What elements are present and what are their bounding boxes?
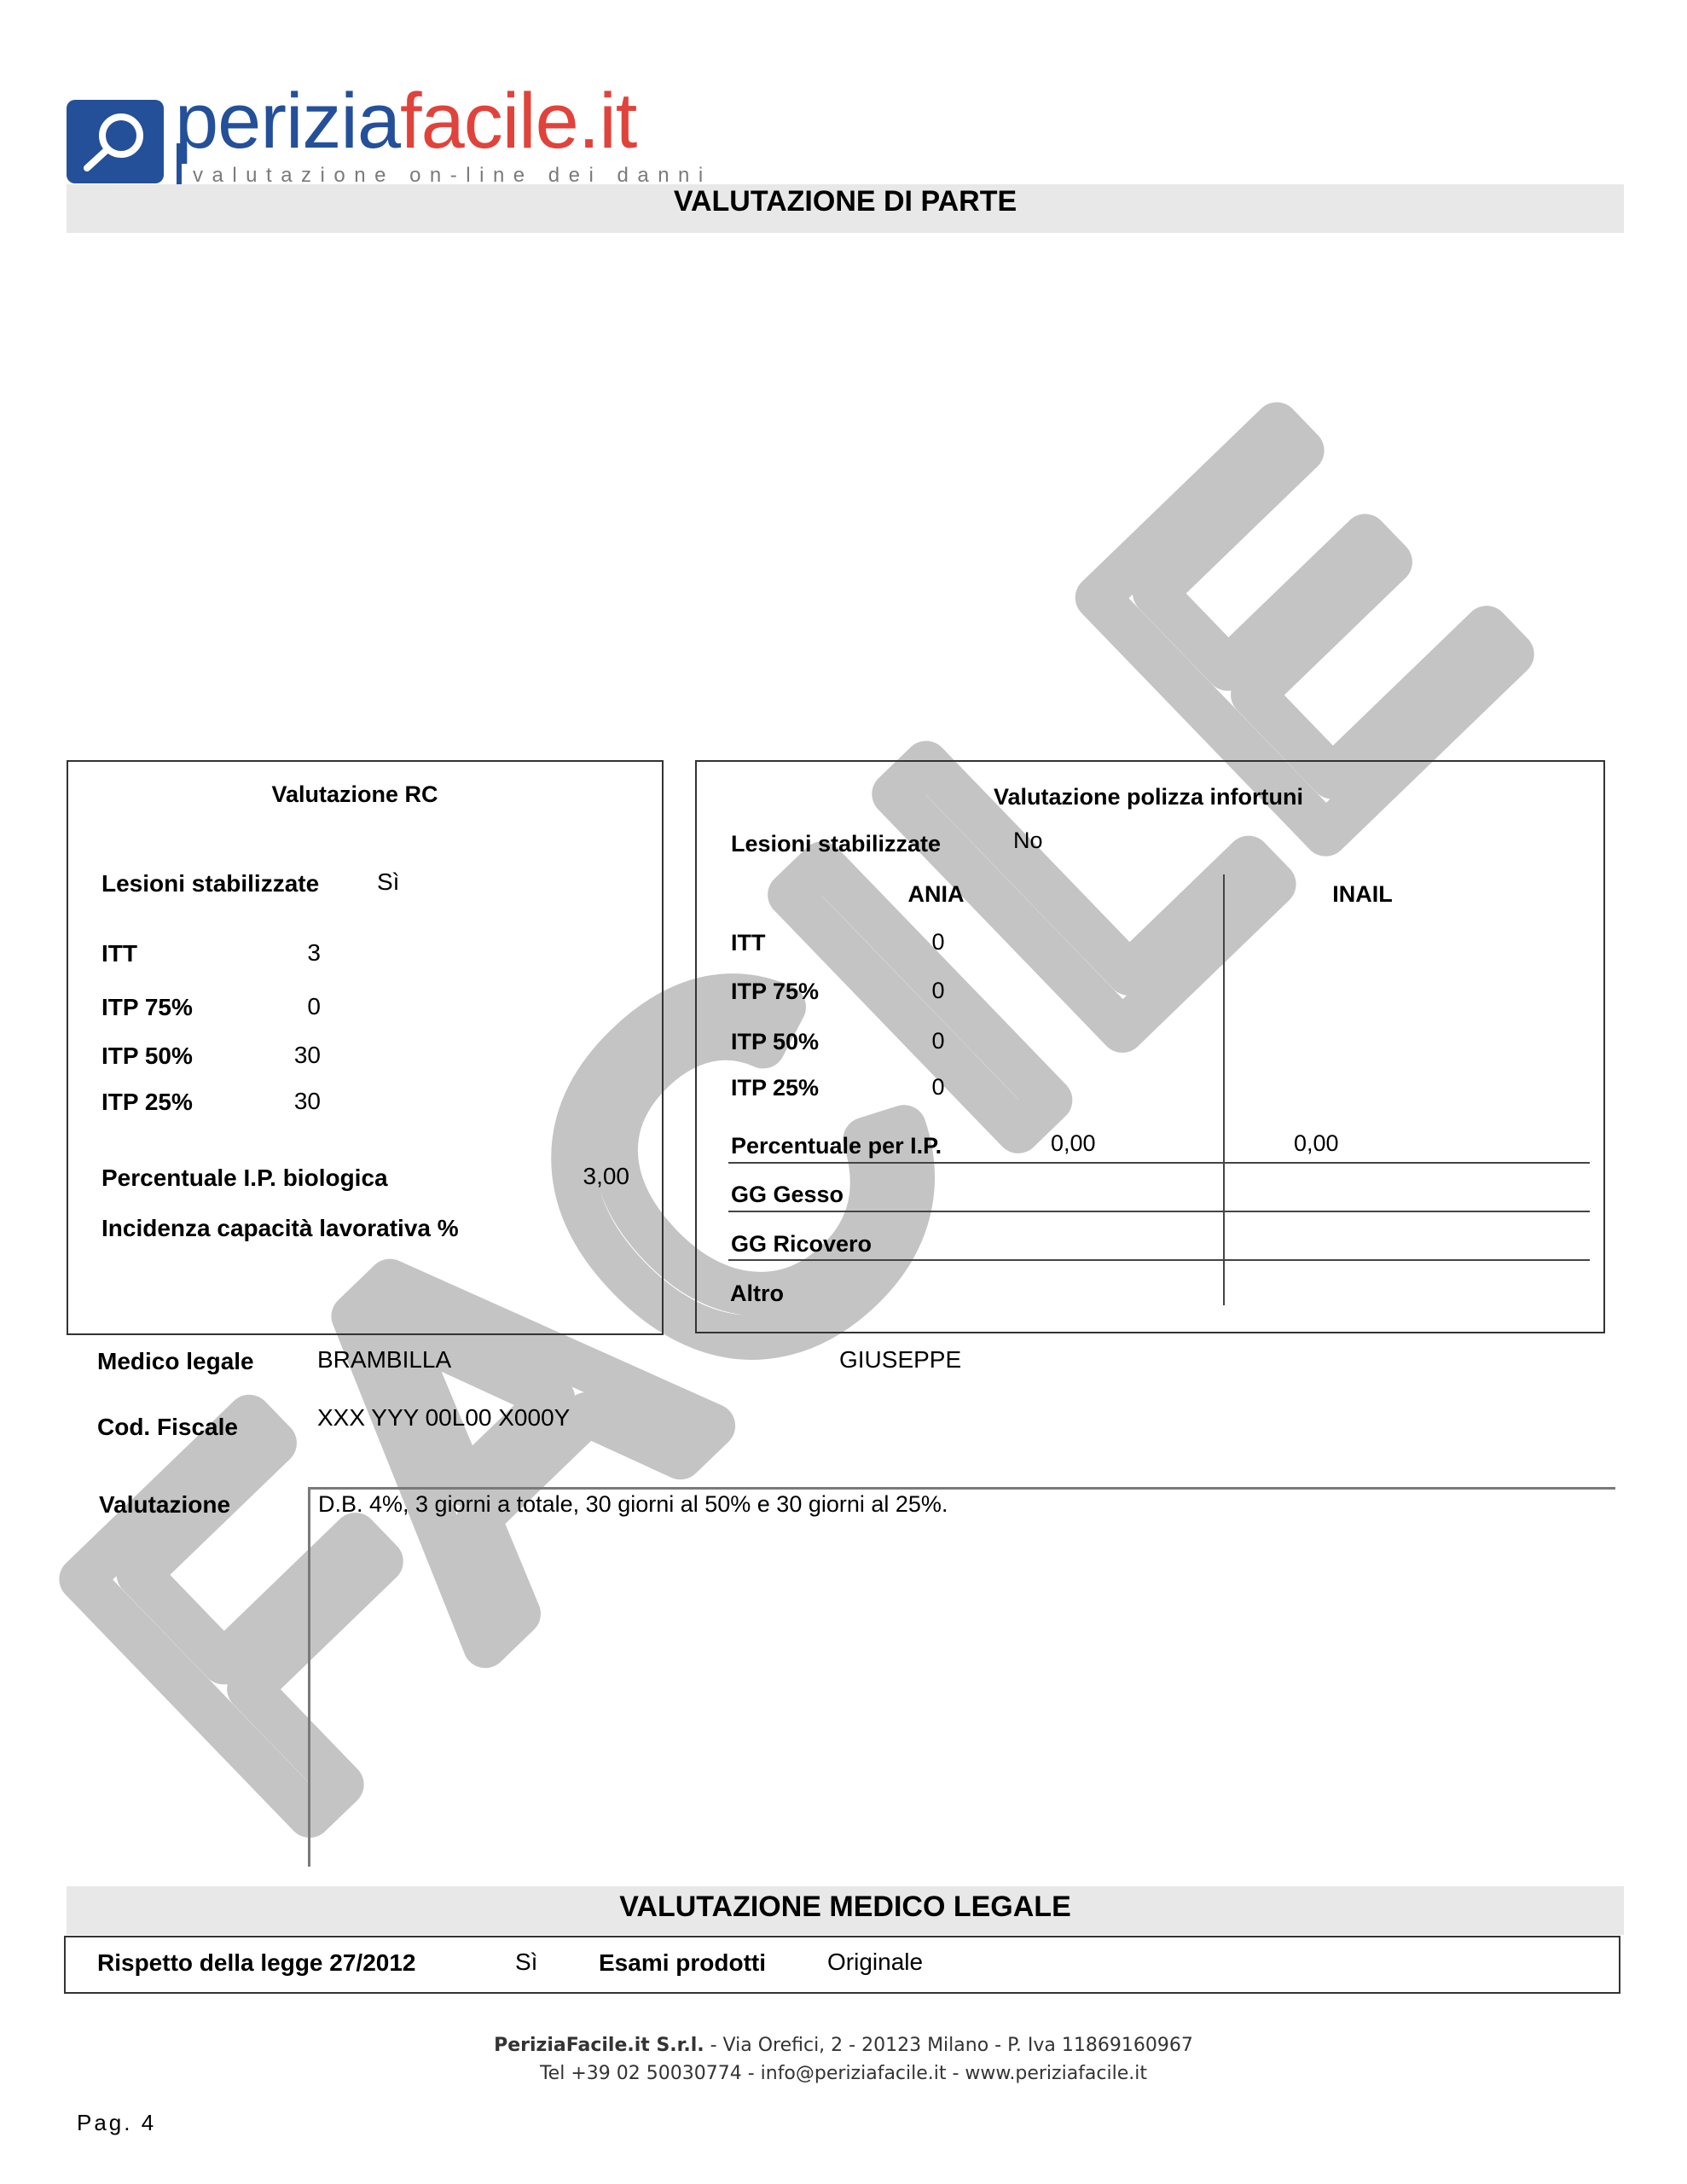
infortuni-row-label: ITT bbox=[731, 930, 766, 956]
row-separator bbox=[728, 1211, 1590, 1212]
rc-row-label: ITP 75% bbox=[101, 994, 193, 1021]
esami-label: Esami prodotti bbox=[599, 1949, 766, 1977]
logo-wordmark: periziafacile.it bbox=[175, 82, 636, 160]
medico-label: Medico legale bbox=[97, 1348, 254, 1375]
column-divider bbox=[1223, 874, 1225, 1305]
altro-label: Altro bbox=[730, 1281, 784, 1307]
rc-row-label: ITP 50% bbox=[101, 1043, 193, 1070]
medico-cognome: BRAMBILLA bbox=[317, 1346, 451, 1374]
rc-lesioni-value: Sì bbox=[377, 868, 399, 896]
gg-ricovero-label: GG Ricovero bbox=[731, 1231, 872, 1258]
rc-ip-value: 3,00 bbox=[529, 1163, 629, 1190]
infortuni-row-label: ITP 75% bbox=[731, 979, 819, 1005]
rc-row-label: ITT bbox=[101, 940, 137, 967]
infortuni-row-label: ITP 50% bbox=[731, 1029, 819, 1055]
esami-value: Originale bbox=[827, 1949, 923, 1976]
logo-word-perizia: perizia bbox=[175, 78, 400, 165]
page-number: Pag. 4 bbox=[77, 2110, 156, 2136]
infortuni-row-value: 0 bbox=[925, 1074, 951, 1101]
row-separator bbox=[728, 1259, 1590, 1261]
footer-contacts: Tel +39 02 50030774 - info@periziafacile… bbox=[0, 2063, 1687, 2084]
legge-label: Rispetto della legge 27/2012 bbox=[97, 1949, 416, 1977]
cf-label: Cod. Fiscale bbox=[97, 1414, 238, 1441]
footer-address: - Via Orefici, 2 - 20123 Milano - P. Iva… bbox=[704, 2035, 1193, 2056]
infortuni-lesioni-label: Lesioni stabilizzate bbox=[731, 831, 941, 857]
rc-row-value: 0 bbox=[256, 993, 321, 1020]
valutazione-left-border bbox=[308, 1487, 310, 1867]
col-inail-header: INAIL bbox=[1279, 881, 1446, 908]
rc-lesioni-label: Lesioni stabilizzate bbox=[101, 870, 319, 897]
footer-company: PeriziaFacile.it S.r.l. bbox=[494, 2035, 704, 2056]
infortuni-lesioni-value: No bbox=[1013, 828, 1043, 854]
footer-company-line: PeriziaFacile.it S.r.l. - Via Orefici, 2… bbox=[0, 2035, 1687, 2056]
valutazione-label: Valutazione bbox=[99, 1491, 230, 1519]
medico-nome: GIUSEPPE bbox=[839, 1346, 961, 1374]
logo-divider bbox=[177, 143, 182, 184]
gg-gesso-label: GG Gesso bbox=[731, 1182, 843, 1208]
infortuni-row-value: 0 bbox=[925, 978, 951, 1004]
rc-incidenza-label: Incidenza capacità lavorativa % bbox=[101, 1215, 459, 1242]
rc-title: Valutazione RC bbox=[67, 781, 664, 808]
col-ania-header: ANIA bbox=[853, 881, 1019, 908]
valutazione-text: D.B. 4%, 3 giorni a totale, 30 giorni al… bbox=[318, 1491, 948, 1518]
legge-value: Sì bbox=[515, 1949, 537, 1976]
rc-row-value: 30 bbox=[256, 1042, 321, 1069]
valutazione-top-border bbox=[308, 1487, 1615, 1490]
medico-legale-title: VALUTAZIONE MEDICO LEGALE bbox=[67, 1891, 1624, 1924]
infortuni-row-value: 0 bbox=[925, 929, 951, 955]
logo-magnifier-icon bbox=[67, 100, 164, 183]
cf-value: XXX YYY 00L00 X000Y bbox=[317, 1404, 570, 1432]
perc-ip-inail-value: 0,00 bbox=[1294, 1130, 1339, 1157]
page-title: VALUTAZIONE DI PARTE bbox=[67, 185, 1624, 218]
rc-row-label: ITP 25% bbox=[101, 1089, 193, 1116]
logo-word-facile: facile.it bbox=[400, 78, 636, 165]
infortuni-title: Valutazione polizza infortuni bbox=[695, 784, 1602, 810]
rc-title-text: Valutazione RC bbox=[271, 781, 438, 807]
infortuni-row-label: ITP 25% bbox=[731, 1075, 819, 1101]
row-separator bbox=[728, 1162, 1590, 1164]
perc-ip-label: Percentuale per I.P. bbox=[731, 1133, 942, 1159]
infortuni-row-value: 0 bbox=[925, 1028, 951, 1054]
rc-row-value: 3 bbox=[256, 939, 321, 967]
perc-ip-ania-value: 0,00 bbox=[1051, 1130, 1096, 1157]
rc-row-value: 30 bbox=[256, 1088, 321, 1115]
rc-ip-label: Percentuale I.P. biologica bbox=[101, 1165, 388, 1192]
